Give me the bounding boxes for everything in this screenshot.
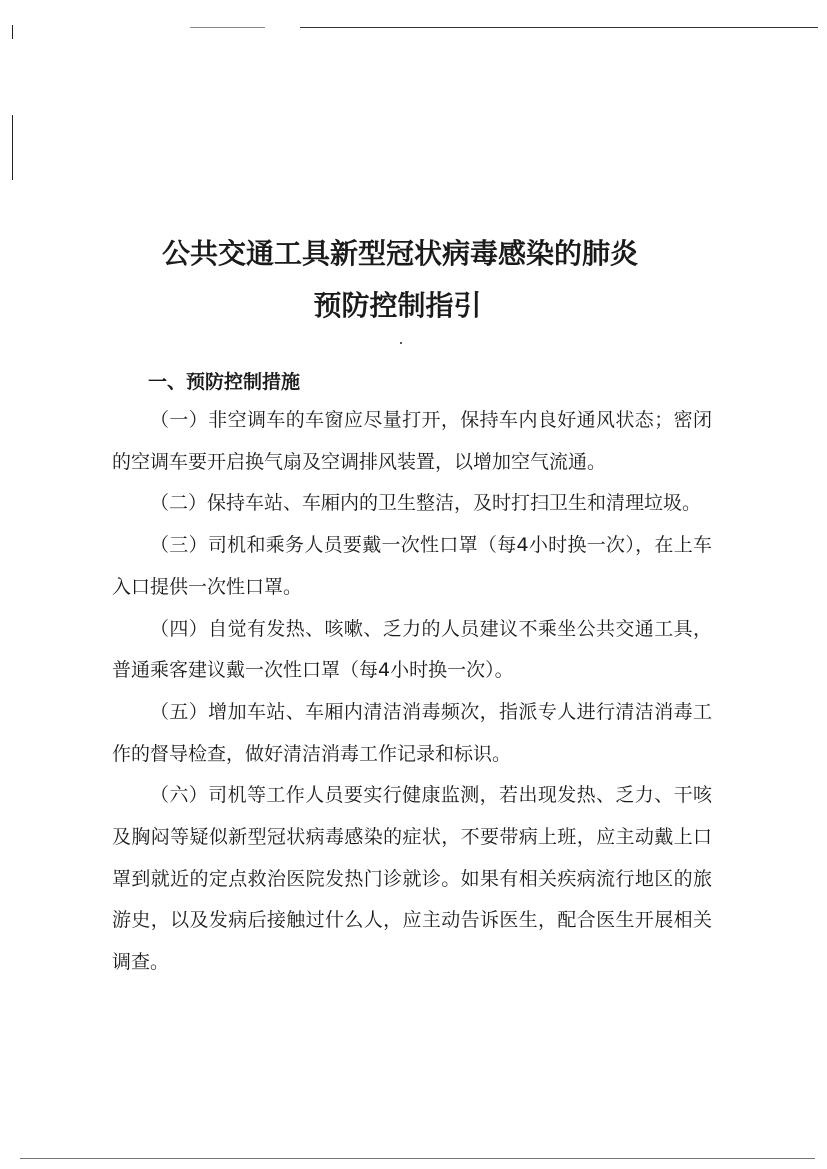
paragraph-1: （一）非空调车的车窗应尽量打开，保持车内良好通风状态；密闭的空调车要开启换气扇及… [112,400,712,483]
paragraph-2: （二）保持车站、车厢内的卫生整洁，及时打扫卫生和清理垃圾。 [112,483,712,525]
scan-speck [400,342,402,344]
scan-margin-mark [12,25,13,39]
scan-artifact-line [190,27,265,28]
document-body: （一）非空调车的车窗应尽量打开，保持车内良好通风状态；密闭的空调车要开启换气扇及… [112,400,712,984]
paragraph-4: （四）自觉有发热、咳嗽、乏力的人员建议不乘坐公共交通工具，普通乘客建议戴一次性口… [112,609,712,692]
paragraph-5: （五）增加车站、车厢内清洁消毒频次，指派专人进行清洁消毒工作的督导检查，做好清洁… [112,692,712,775]
paragraph-6: （六）司机等工作人员要实行健康监测，若出现发热、乏力、干咳及胸闷等疑似新型冠状病… [112,775,712,984]
scan-artifact-line [300,27,818,28]
scan-margin-mark [12,115,13,180]
section-heading: 一、预防控制措施 [148,367,300,394]
document-title-line-2: 预防控制指引 [0,284,795,324]
paragraph-3: （三）司机和乘务人员要戴一次性口罩（每4小时换一次），在上车入口提供一次性口罩。 [112,525,712,608]
document-title-line-1: 公共交通工具新型冠状病毒感染的肺炎 [0,232,800,272]
scan-artifact-line [20,1158,815,1159]
